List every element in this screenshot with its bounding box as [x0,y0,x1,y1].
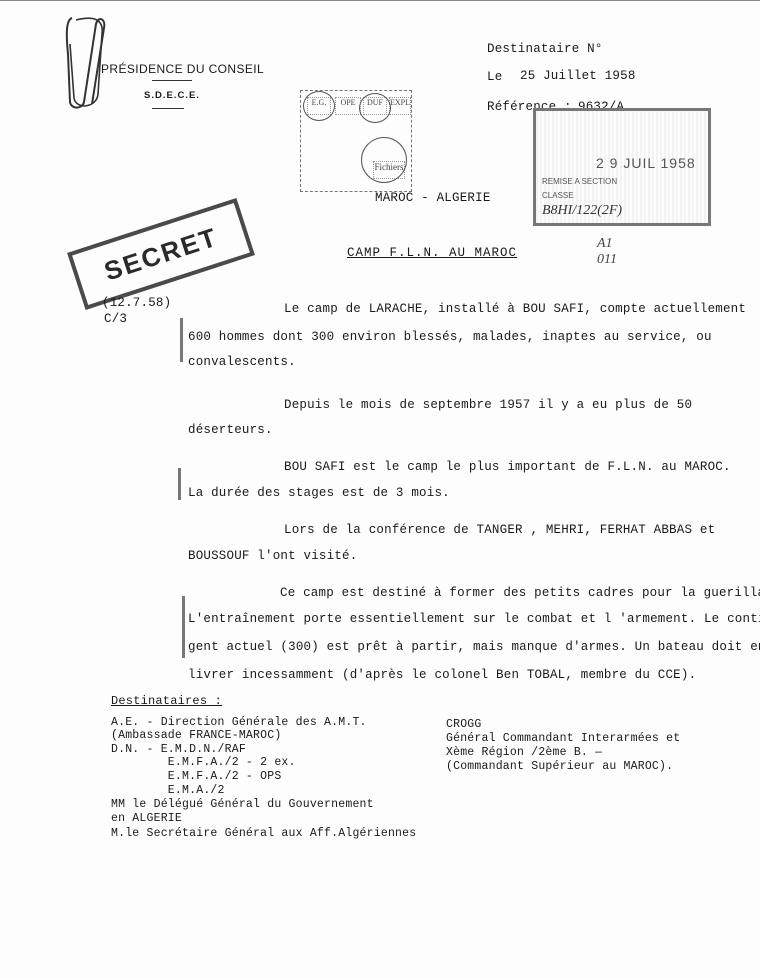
stamp-cell: EXPL [389,97,411,115]
stamp-cell: OPE [335,97,361,115]
body-line: livrer incessamment (d'après le colonel … [188,668,696,682]
body-line: Ce camp est destiné à former des petits … [280,586,760,600]
scan-edge [0,0,760,1]
document-date: 25 Juillet 1958 [520,69,636,83]
body-line: gent actuel (300) est prêt à partir, mai… [188,640,760,654]
body-line: Le camp de LARACHE, installé à BOU SAFI,… [284,302,746,316]
margin-mark [180,318,183,362]
body-line: La durée des stages est de 3 mois. [188,486,450,500]
body-line: déserteurs. [188,423,273,437]
recipient-item: Général Commandant Interarmées et [446,732,680,745]
stamp-circle [361,137,407,183]
document-title: CAMP F.L.N. AU MAROC [347,246,517,260]
document-page: PRÉSIDENCE DU CONSEIL S.D.E.C.E. Destina… [0,0,760,978]
recipients-label: Destinataires : [111,694,222,708]
stamp-circle [303,91,335,121]
distribution-stamp: E.G. OPE DUF EXPL Fichiers [300,90,412,192]
file-code: B8HI/122(2F) [542,203,622,219]
received-class-line: CLASSE [542,191,574,200]
body-line: BOUSSOUF l'ont visité. [188,549,357,563]
side-note-date: (12.7.58) [102,296,171,310]
organization-header: PRÉSIDENCE DU CONSEIL [101,62,264,76]
recipient-item: CROGG [446,718,482,731]
recipient-item: E.M.A./2 [111,784,225,797]
recipient-item: E.M.F.A./2 - OPS [111,770,281,783]
recipient-item: MM le Délégué Général du Gouvernement [111,798,374,811]
date-label: Le [487,70,502,84]
recipient-item: M.le Secrétaire Général aux Aff.Algérien… [111,827,416,840]
secret-stamp: SECRET [67,198,255,310]
recipient-number-label: Destinataire N° [487,42,603,56]
recipient-item: en ALGERIE [111,812,182,825]
side-note-code: C/3 [104,312,127,326]
body-line: Lors de la conférence de TANGER , MEHRI,… [284,523,715,537]
recipient-item: E.M.F.A./2 - 2 ex. [111,756,296,769]
margin-mark [178,468,181,500]
body-line: BOU SAFI est le camp le plus important d… [284,460,731,474]
service-name: S.D.E.C.E. [144,90,200,101]
header-divider [152,80,192,81]
body-line: convalescents. [188,355,296,369]
stamp-circle [359,93,391,123]
margin-mark [182,596,185,658]
recipient-item: D.N. - E.M.D.N./RAF [111,743,246,756]
body-line: 600 hommes dont 300 environ blessés, mal… [188,330,712,344]
recipient-item: (Commandant Supérieur au MAROC). [446,760,673,773]
recipient-item: (Ambassade FRANCE-MAROC) [111,729,281,742]
received-date: 2 9 JUIL 1958 [596,155,696,171]
secret-label: SECRET [100,221,221,287]
header-divider [152,108,184,109]
received-stamp: 2 9 JUIL 1958 REMISE A SECTION CLASSE B8… [533,108,711,226]
body-line: L'entraînement porte essentiellement sur… [188,612,760,626]
body-line: Depuis le mois de septembre 1957 il y a … [284,398,692,412]
recipient-item: Xème Région /2ème B. — [446,746,602,759]
recipient-item: A.E. - Direction Générale des A.M.T. [111,716,367,729]
handwritten-annotation: A1 011 [597,236,633,268]
region-heading: MAROC - ALGERIE [375,191,491,205]
received-section-line: REMISE A SECTION [542,177,617,186]
